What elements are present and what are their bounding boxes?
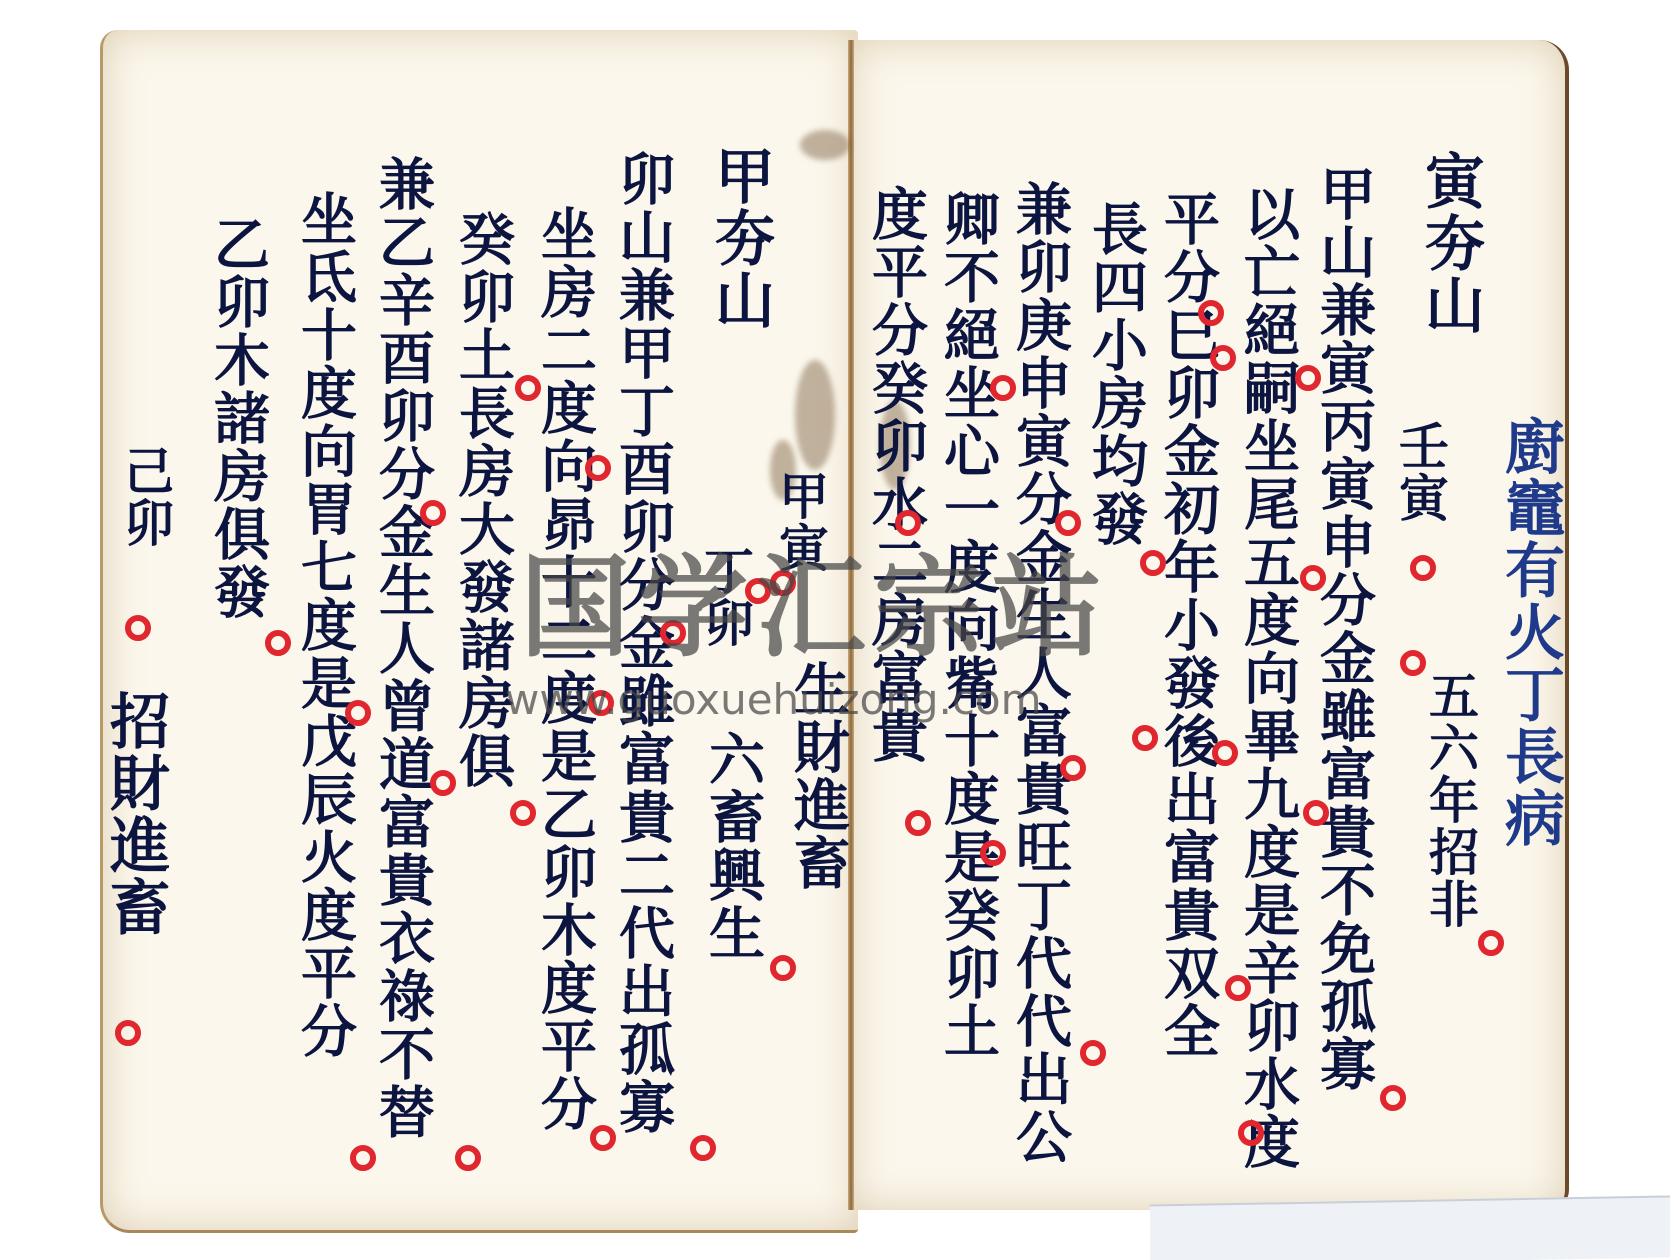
margin-note: 招財進畜 — [105, 690, 165, 938]
red-circle-mark — [690, 1135, 716, 1161]
red-circle-mark — [990, 375, 1016, 401]
text-column: 長四小房均發 — [1088, 200, 1144, 548]
red-circle-mark — [1198, 300, 1224, 326]
margin-note: 己卯 — [120, 445, 170, 549]
red-circle-mark — [1410, 555, 1436, 581]
red-circle-mark — [1132, 725, 1158, 751]
red-circle-mark — [770, 955, 796, 981]
section-title-yin: 寅夯山 — [1420, 150, 1480, 336]
text-column: 甲山兼寅丙寅申分金雖富貴不免孤寡 — [1316, 165, 1372, 1093]
red-circle-mark — [905, 810, 931, 836]
paper-tab — [1150, 1195, 1670, 1260]
red-circle-mark — [590, 1125, 616, 1151]
red-circle-mark — [265, 630, 291, 656]
red-circle-mark — [1478, 930, 1504, 956]
red-circle-mark — [1140, 550, 1166, 576]
red-circle-mark — [980, 840, 1006, 866]
section-title-jia: 甲夯山 — [710, 145, 770, 331]
red-circle-mark — [1238, 1120, 1264, 1146]
stain — [800, 130, 850, 160]
note-column: 五六年招非 — [1425, 670, 1475, 930]
stain — [795, 360, 835, 470]
note-column-blue: 廚竈有火丁長病 — [1500, 415, 1560, 849]
red-circle-mark — [1225, 975, 1251, 1001]
text-column: 以亡絕嗣坐尾五度向畢九度是辛卯水度 — [1240, 185, 1296, 1171]
red-circle-mark — [510, 800, 536, 826]
text-column: 坐氐十度向胃七度是戊辰火度平分 — [297, 190, 353, 1060]
red-circle-mark — [455, 1145, 481, 1171]
red-circle-mark — [515, 375, 541, 401]
red-circle-mark — [585, 455, 611, 481]
note-column: 壬寅 — [1395, 420, 1445, 524]
red-circle-mark — [1380, 1085, 1406, 1111]
red-circle-mark — [1303, 800, 1329, 826]
text-column: 兼乙辛酉卯分金生人曾道富貴衣祿不替 — [375, 155, 431, 1141]
red-circle-mark — [125, 615, 151, 641]
center-note: 六畜興生 — [705, 730, 761, 962]
red-circle-mark — [430, 770, 456, 796]
watermark-url: www.guoxuehuizong.com — [505, 675, 1042, 724]
text-column: 癸卯土長房大發諸房俱 — [455, 210, 511, 790]
red-circle-mark — [1295, 365, 1321, 391]
red-circle-mark — [1060, 755, 1086, 781]
red-circle-mark — [345, 700, 371, 726]
red-circle-mark — [1400, 650, 1426, 676]
red-circle-mark — [1080, 1040, 1106, 1066]
text-column: 乙卯木諸房俱發 — [210, 215, 266, 621]
red-circle-mark — [115, 1020, 141, 1046]
red-circle-mark — [420, 500, 446, 526]
red-circle-mark — [1300, 565, 1326, 591]
red-circle-mark — [1210, 345, 1236, 371]
watermark-title: 国学汇宗站 — [520, 520, 1110, 678]
red-circle-mark — [1212, 740, 1238, 766]
red-circle-mark — [350, 1145, 376, 1171]
